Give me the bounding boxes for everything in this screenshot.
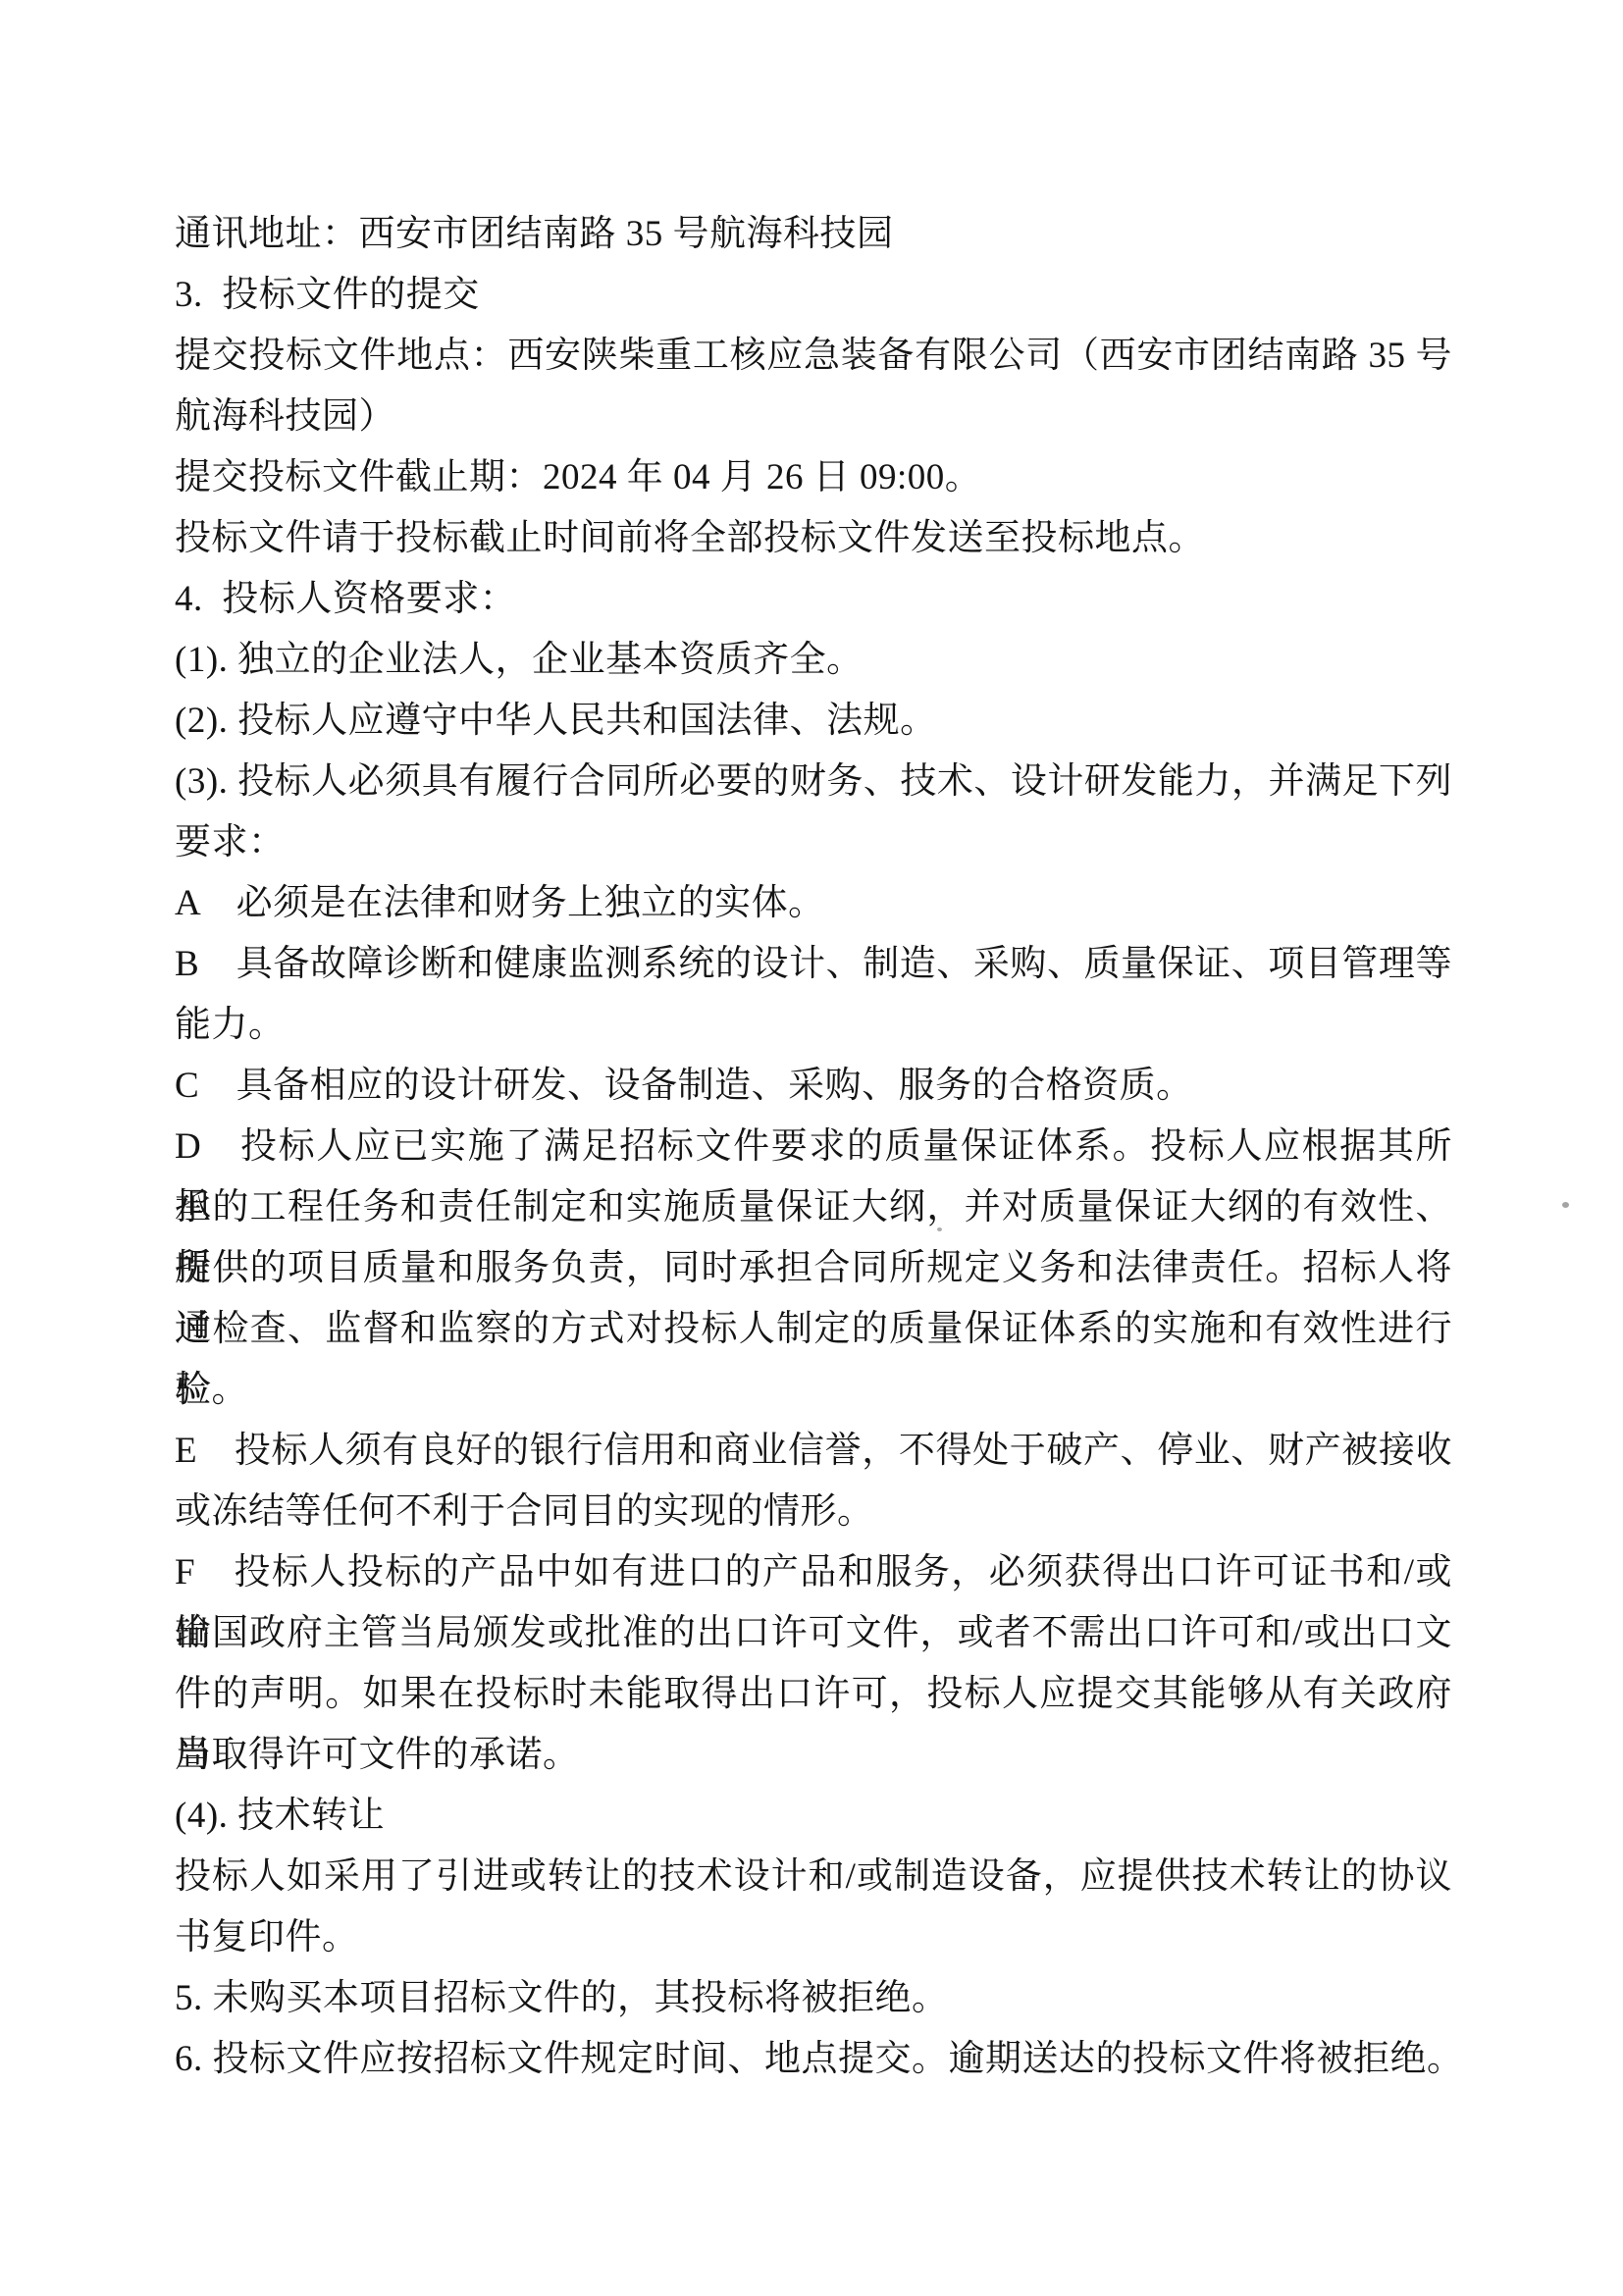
text-line: (2). 投标人应遵守中华人民共和国法律、法规。 <box>175 691 1452 752</box>
text-line: 提交投标文件地点：西安陕柴重工核应急装备有限公司（西安市团结南路 35 号 <box>175 326 1452 387</box>
text-line: 投标人如采用了引进或转让的技术设计和/或制造设备，应提供技术转让的协议 <box>175 1847 1452 1907</box>
text-line: 提供的项目质量和服务负责，同时承担合同所规定义务和法律责任。招标人将通 <box>175 1238 1452 1299</box>
text-line: B 具备故障诊断和健康监测系统的设计、制造、采购、质量保证、项目管理等 <box>175 934 1452 995</box>
text-line: C 具备相应的设计研发、设备制造、采购、服务的合格资质。 <box>175 1056 1452 1117</box>
text-line: 4. 投标人资格要求： <box>175 569 1452 630</box>
text-line: 3. 投标文件的提交 <box>175 265 1452 326</box>
text-line: (4). 技术转让 <box>175 1786 1452 1847</box>
scanned-document-page: 通讯地址：西安市团结南路 35 号航海科技园3. 投标文件的提交提交投标文件地点… <box>0 0 1623 2296</box>
text-line: 5. 未购买本项目招标文件的，其投标将被拒绝。 <box>175 1968 1452 2029</box>
text-line: 6. 投标文件应按招标文件规定时间、地点提交。逾期送达的投标文件将被拒绝。 <box>175 2029 1452 2090</box>
text-line: 书复印件。 <box>175 1907 1452 1968</box>
text-line: 过检查、监督和监察的方式对投标人制定的质量保证体系的实施和有效性进行检 <box>175 1299 1452 1360</box>
text-line: (1). 独立的企业法人，企业基本资质齐全。 <box>175 630 1452 691</box>
text-line: 要求： <box>175 812 1452 873</box>
text-line: 担的工程任务和责任制定和实施质量保证大纲，并对质量保证大纲的有效性、所 <box>175 1177 1452 1238</box>
text-line: A 必须是在法律和财务上独立的实体。 <box>175 873 1452 934</box>
text-line: (3). 投标人必须具有履行合同所必要的财务、技术、设计研发能力，并满足下列 <box>175 752 1452 812</box>
text-line: 件的声明。如果在投标时未能取得出口许可，投标人应提交其能够从有关政府当 <box>175 1664 1452 1725</box>
text-line: D 投标人应已实施了满足招标文件要求的质量保证体系。投标人应根据其所承 <box>175 1117 1452 1177</box>
text-line: 航海科技园） <box>175 387 1452 447</box>
scan-artifact-dot <box>937 1227 942 1231</box>
text-line: 投标文件请于投标截止时间前将全部投标文件发送至投标地点。 <box>175 508 1452 569</box>
text-line: 验。 <box>175 1360 1452 1421</box>
text-line: 局取得许可文件的承诺。 <box>175 1725 1452 1786</box>
text-line: E 投标人须有良好的银行信用和商业信誉，不得处于破产、停业、财产被接收 <box>175 1421 1452 1482</box>
text-line: 能力。 <box>175 995 1452 1056</box>
document-text-block: 通讯地址：西安市团结南路 35 号航海科技园3. 投标文件的提交提交投标文件地点… <box>175 204 1452 2090</box>
text-line: 通讯地址：西安市团结南路 35 号航海科技园 <box>175 204 1452 265</box>
text-line: F 投标人投标的产品中如有进口的产品和服务，必须获得出口许可证书和/或输 <box>175 1542 1452 1603</box>
text-line: 出国政府主管当局颁发或批准的出口许可文件，或者不需出口许可和/或出口文 <box>175 1603 1452 1664</box>
text-line: 或冻结等任何不利于合同目的实现的情形。 <box>175 1482 1452 1542</box>
text-line: 提交投标文件截止期：2024 年 04 月 26 日 09:00。 <box>175 447 1452 508</box>
scan-artifact-dot <box>1562 1202 1569 1208</box>
